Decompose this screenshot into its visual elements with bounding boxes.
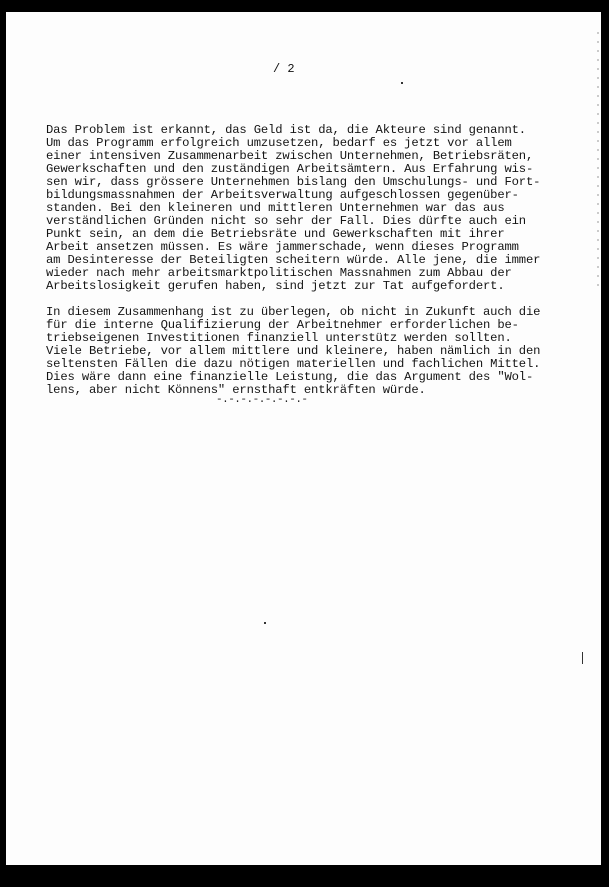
body-text: Das Problem ist erkannt, das Geld ist da…: [46, 124, 606, 410]
paragraph-1: Das Problem ist erkannt, das Geld ist da…: [46, 124, 606, 293]
scanned-page: / 2 Das Problem ist erkannt, das Geld is…: [6, 12, 601, 865]
scan-speck: [401, 82, 403, 84]
scan-edge-noise: [597, 32, 599, 292]
text-line: Arbeitslosigkeit gerufen haben, sind jet…: [46, 280, 606, 293]
text-line: lens, aber nicht Könnens" ernsthaft entk…: [46, 384, 606, 397]
page-number: / 2: [273, 62, 295, 76]
scan-speck: [582, 652, 583, 664]
end-of-text-mark: -.-.-.-.-.-.-.-: [216, 394, 308, 406]
scan-speck: [264, 622, 266, 624]
paragraph-2: In diesem Zusammenhang ist zu überlegen,…: [46, 306, 606, 397]
